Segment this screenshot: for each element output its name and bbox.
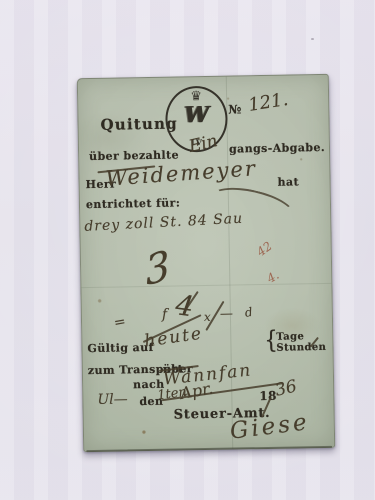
paid-line-printed-left: über bezahlte — [89, 148, 179, 163]
ink-flourish: 3 — [143, 242, 172, 295]
paper-crease — [81, 283, 331, 288]
paid-line-printed-right: gangs-Abgabe. — [229, 141, 325, 156]
paper-crease — [226, 77, 233, 449]
backdrop-speck — [311, 38, 314, 40]
amount-currency: f — [162, 307, 167, 323]
royal-monogram: W — [184, 102, 209, 128]
goods-handwritten: drey zoll St. 84 Sau — [84, 211, 243, 235]
amount-post-dash: — — [220, 307, 233, 322]
amount-pre-dash: = — [113, 314, 127, 332]
receipt-paper: Quitung ♛ W IV № 121. über bezahlte Ein … — [77, 74, 335, 452]
amount-suffix: d — [244, 305, 254, 320]
date-year-handwritten: 36 — [273, 376, 299, 400]
date-place-handwritten: Ul— — [97, 391, 128, 408]
validity-unit-stunden: Stunden — [276, 342, 326, 354]
paid-for-label: entrichtet für: — [86, 196, 181, 211]
receipt-number-symbol: № — [228, 102, 242, 116]
date-month-handwritten: Apr. — [179, 378, 215, 402]
receipt-number-value: 121. — [247, 89, 290, 116]
red-ink-note-top: 42 — [254, 239, 275, 259]
payer-line-hat: hat — [277, 175, 299, 188]
validity-unit-tage: Tage — [276, 331, 304, 342]
photo-backdrop: Quitung ♛ W IV № 121. über bezahlte Ein … — [0, 0, 375, 500]
